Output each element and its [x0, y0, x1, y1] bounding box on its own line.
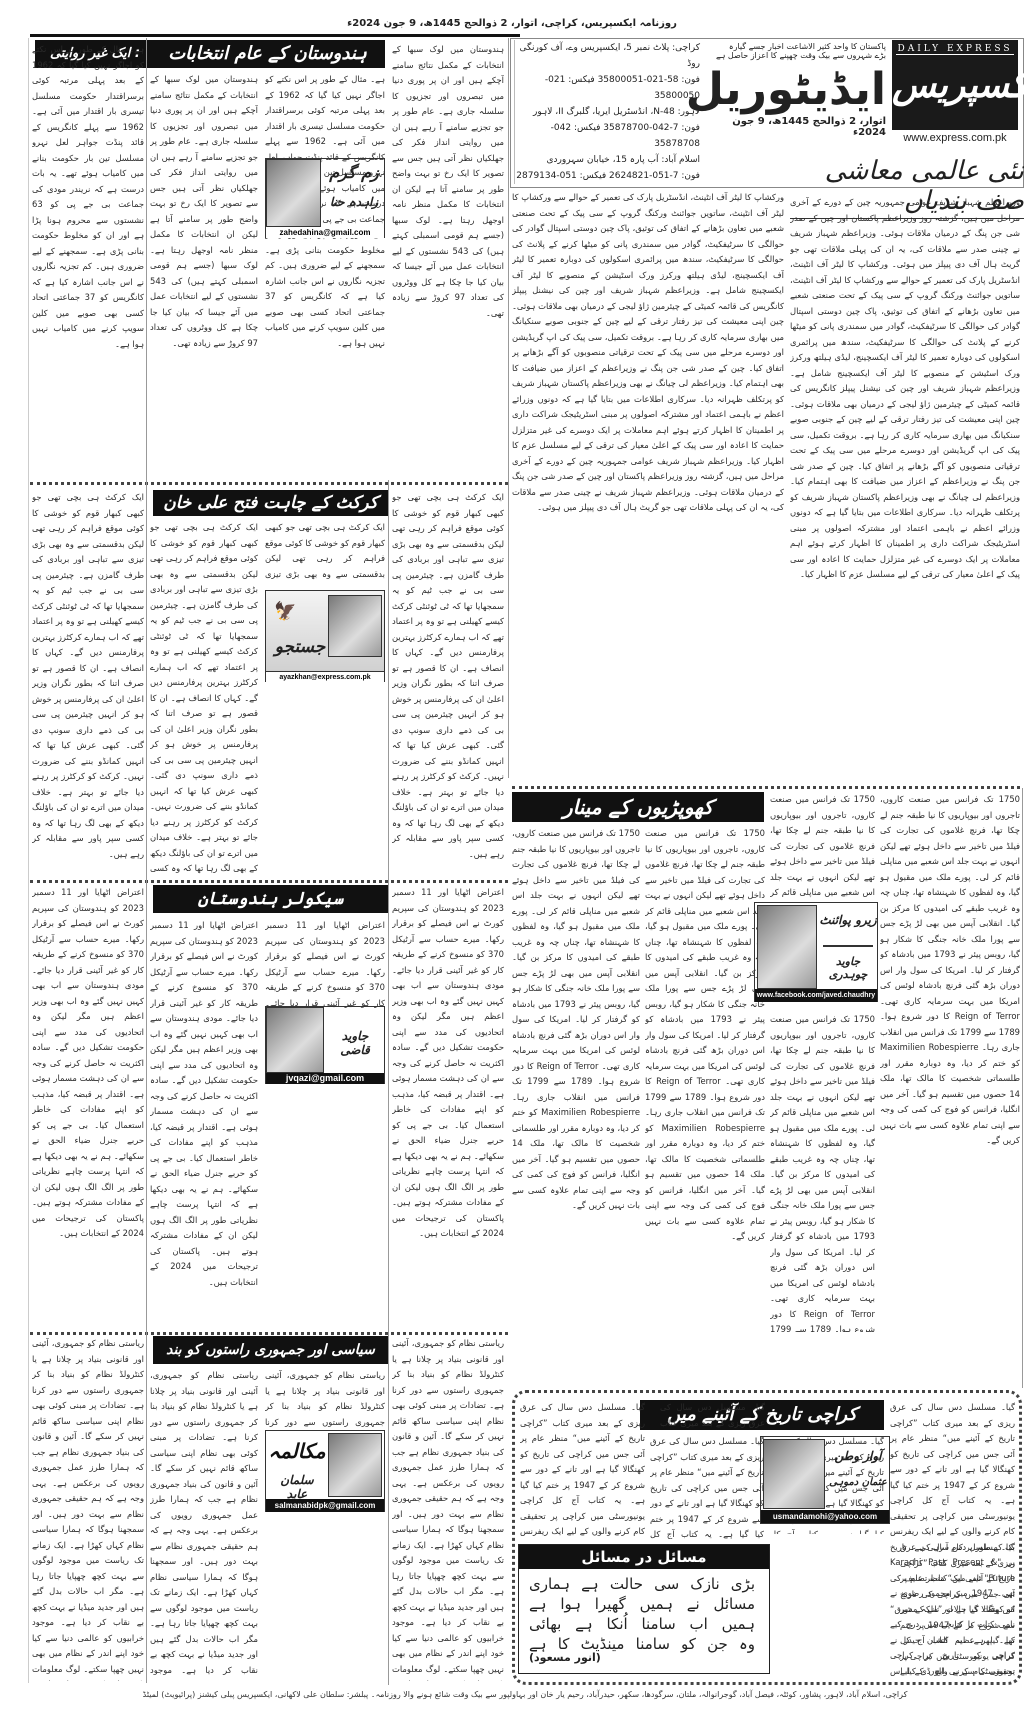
editorial-body: ورکشاپ کا لیٹر آف انٹینٹ، انڈسٹریل پارک … [512, 192, 784, 466]
khopriyan-body: 1750 تک فرانس میں صنعت کاروں، تاجروں اور… [770, 792, 875, 900]
democracy-body: ریاستی نظام کو جمہوری، آئینی اور قانونی … [150, 1368, 258, 1681]
khopriyan-body: 1750 تک فرانس میں صنعت کاروں، تاجروں اور… [512, 826, 640, 1332]
author-name: عثمان دموہی [827, 1477, 889, 1488]
column-logo-zam-garam: زم گرم زاہدہ حنا zahedahina@gmail.com [265, 158, 385, 238]
india-elections-lead: ہندوستان میں لوک سبھا کے انتخابات کے مکم… [392, 42, 504, 472]
author-photo-salman-abid [328, 1433, 382, 1497]
bird-icon: 🦅 [274, 601, 296, 622]
india-elections-body: ہے۔ مثال کے طور پر اس نکتے کو اجاگر نہیں… [265, 72, 385, 472]
secular-body: اعتراض اٹھایا اور 11 دسمبر 2023 کو ہندوس… [32, 885, 144, 1325]
column-logo-justuju: 🦅 جستجو ayazkhan@express.com.pk [265, 590, 385, 682]
editorial-body: وزیراعظم شہباز شریف عوامی جمہوریہ چین کے… [512, 456, 784, 513]
author-email[interactable]: salmanabidpk@gmail.com [266, 1499, 384, 1512]
khopriyan-headline: کھوپڑیوں کے مینار [512, 792, 764, 822]
page-edge-rule [1022, 788, 1023, 1388]
secular-body: اعتراض اٹھایا اور 11 دسمبر 2023 کو ہندوس… [150, 918, 258, 1328]
column-logo-javed-qazi: جاوید قاضی jvqazi@gmail.com [265, 1006, 385, 1084]
section-divider [512, 786, 1020, 789]
secular-headline: سیکولر ہندوستان [153, 885, 388, 913]
website-link[interactable]: www.express.com.pk [892, 132, 1018, 144]
author-photo-zahida-hina [266, 159, 321, 227]
column-name: زم گرم [324, 163, 384, 182]
cricket-body: ایک کرکٹ ہی بچی تھی جو کبھی کبھار قوم کو… [392, 490, 504, 875]
address-line: فون: 7-051-2624821 فیکس: 051-2879134 [515, 168, 700, 184]
column-logo-mukalma: مکالمہ سلمان عابد salmanabidpk@gmail.com [265, 1430, 385, 1512]
democracy-body: ریاستی نظام کو جمہوری، آئینی اور قانونی … [265, 1368, 385, 1428]
column-name: آواز وطن [827, 1449, 889, 1463]
india-elections-headline: ہندوستان کے عام انتخابات [150, 40, 385, 68]
author-name: جاوید چوہدری [819, 955, 877, 981]
masthead-tagline: پاکستان کا واحد کثیر الاشاعت اخبار جسے گ… [716, 42, 886, 60]
address-line: فون: 7-042-35878700 فیکس: 042-35878708 [515, 120, 700, 152]
masthead-date: اتوار، 2 ذوالحج 1445ھ، 9 جون 2024ء [700, 116, 886, 138]
khopriyan-body: 1750 تک فرانس میں صنعت کاروں، تاجروں اور… [770, 1012, 875, 1332]
cricket-headline: کرکٹ کے چاہت فتح علی خان [153, 490, 388, 516]
democracy-body: ریاستی نظام کو جمہوری، آئینی اور قانونی … [32, 1336, 144, 1681]
cricket-body: ایک کرکٹ ہی بچی تھی جو کبھی کبھار قوم کو… [32, 490, 144, 875]
column-divider [146, 38, 147, 1683]
page-margin-rule [28, 38, 29, 1683]
author-photo-ayaz-khan [328, 595, 382, 657]
logo-english-title: DAILY EXPRESS [896, 40, 1014, 55]
author-photo-javed-chaudhry [757, 905, 817, 989]
section-divider [30, 880, 508, 883]
office-addresses: کراچی: پلاٹ نمبر 5، ایکسپریس وے، آف کورن… [514, 40, 704, 184]
section-divider [30, 482, 508, 485]
address-line: کراچی: پلاٹ نمبر 5، ایکسپریس وے، آف کورن… [515, 40, 700, 72]
author-email[interactable]: ayazkhan@express.com.pk [266, 671, 384, 682]
address-line: لاہور: N-48، انڈسٹریل ایریا، گلبرگ II، ل… [515, 104, 700, 120]
india-elections-body: ہندوستان میں لوک سبھا کے انتخابات کے مکم… [150, 72, 258, 472]
column-name: زیرو پوائنٹ [819, 913, 877, 927]
cricket-body: ایک کرکٹ ہی بچی تھی جو کبھی کبھار قوم کو… [150, 520, 258, 875]
logo-urdu-title: ایکسپریس [892, 55, 1018, 117]
column-name: جستجو [270, 637, 330, 657]
imprint-footer: کراچی، اسلام آباد، لاہور، پشاور، کوئٹہ، … [30, 1690, 1020, 1699]
page-title: ایڈیٹوریل [700, 60, 886, 120]
column-logo-zero-point: زیرو پوائنٹ جاوید چوہدری www.facebook.co… [754, 902, 878, 1002]
democracy-body: ریاستی نظام کو جمہوری، آئینی اور قانونی … [392, 1336, 504, 1681]
secular-body: اعتراض اٹھایا اور 11 دسمبر 2023 کو ہندوس… [392, 885, 504, 1325]
author-email[interactable]: jvqazi@gmail.com [266, 1073, 384, 1084]
column-name: مکالمہ [268, 1439, 326, 1463]
karachi-body: گیا۔ مسلسل دس سال کی عرق ریزی کے بعد میر… [520, 1400, 645, 1540]
democracy-headline: سیاسی اور جمہوری راستوں کو بند کرنے کی پ… [153, 1336, 388, 1364]
column-logo-awaz-e-watan: آواز وطن عثمان دموہی usmandamohi@yahoo.c… [760, 1436, 890, 1524]
top-rule [30, 34, 520, 37]
chevron-down-icon [823, 935, 873, 947]
author-photo-javed-qazi [266, 1007, 324, 1073]
editorial-text-col2: ورکشاپ کا لیٹر آف انٹینٹ، انڈسٹریل پارک … [512, 190, 784, 780]
karachi-body: گیا۔ مسلسل دس سال کی عرق ریزی کے بعد میر… [650, 1434, 764, 1539]
page-folio: روزنامہ ایکسپریس، کراچی، اتوار، 2 ذوالحج… [0, 18, 1024, 29]
author-name: جاوید قاضی [326, 1029, 384, 1057]
india-elections-body: ہے۔ مثال کے طور پر اس نکتے کو اجاگر نہیں… [32, 42, 144, 472]
column-divider [508, 38, 509, 778]
author-email[interactable]: usmandamohi@yahoo.com [761, 1510, 889, 1523]
section-divider [30, 1332, 508, 1335]
address-line: اسلام آباد: آب پارہ 15، خیابان سہروردی [515, 152, 700, 168]
khopriyan-body: 1750 تک فرانس میں صنعت کاروں، تاجروں اور… [645, 826, 765, 1332]
karachi-body: گیا۔ مسلسل دس سال کی عرق ریزی کے بعد میر… [900, 1540, 1015, 1680]
masail-poem-box: مسائل در مسائل بڑی نازک سی حالت ہے ہماری… [518, 1544, 770, 1674]
author-photo-usman-damohi [763, 1439, 825, 1509]
author-name: زاہدہ حنا [324, 195, 384, 209]
karachi-body: گیا۔ مسلسل دس سال کی عرق ریزی کے بعد میر… [660, 1400, 765, 1432]
author-facebook[interactable]: www.facebook.com/javed.chaudhry [755, 989, 877, 1002]
express-logo[interactable]: DAILY EXPRESS ایکسپریس [892, 40, 1018, 130]
editorial-body: ورکشاپ کا لیٹر آف انٹینٹ، انڈسٹریل پارک … [790, 259, 1020, 579]
cricket-body: ایک کرکٹ ہی بچی تھی جو کبھی کبھار قوم کو… [265, 520, 385, 580]
author-name: سلمان عابد [268, 1473, 326, 1501]
address-line: فون: 58-021-35800051 فیکس: 021-35800050 [515, 72, 700, 104]
secular-body: اعتراض اٹھایا اور 11 دسمبر 2023 کو ہندوس… [265, 918, 385, 1008]
masail-headline: مسائل در مسائل [519, 1545, 769, 1569]
author-email[interactable]: zahedahina@gmail.com [266, 227, 384, 238]
column-divider [388, 480, 389, 1685]
editorial-text-col1: وزیراعظم شہباز شریف عوامی جمہوریہ چین کے… [790, 195, 1020, 785]
khopriyan-body: 1750 تک فرانس میں صنعت کاروں، تاجروں اور… [880, 792, 1020, 1332]
